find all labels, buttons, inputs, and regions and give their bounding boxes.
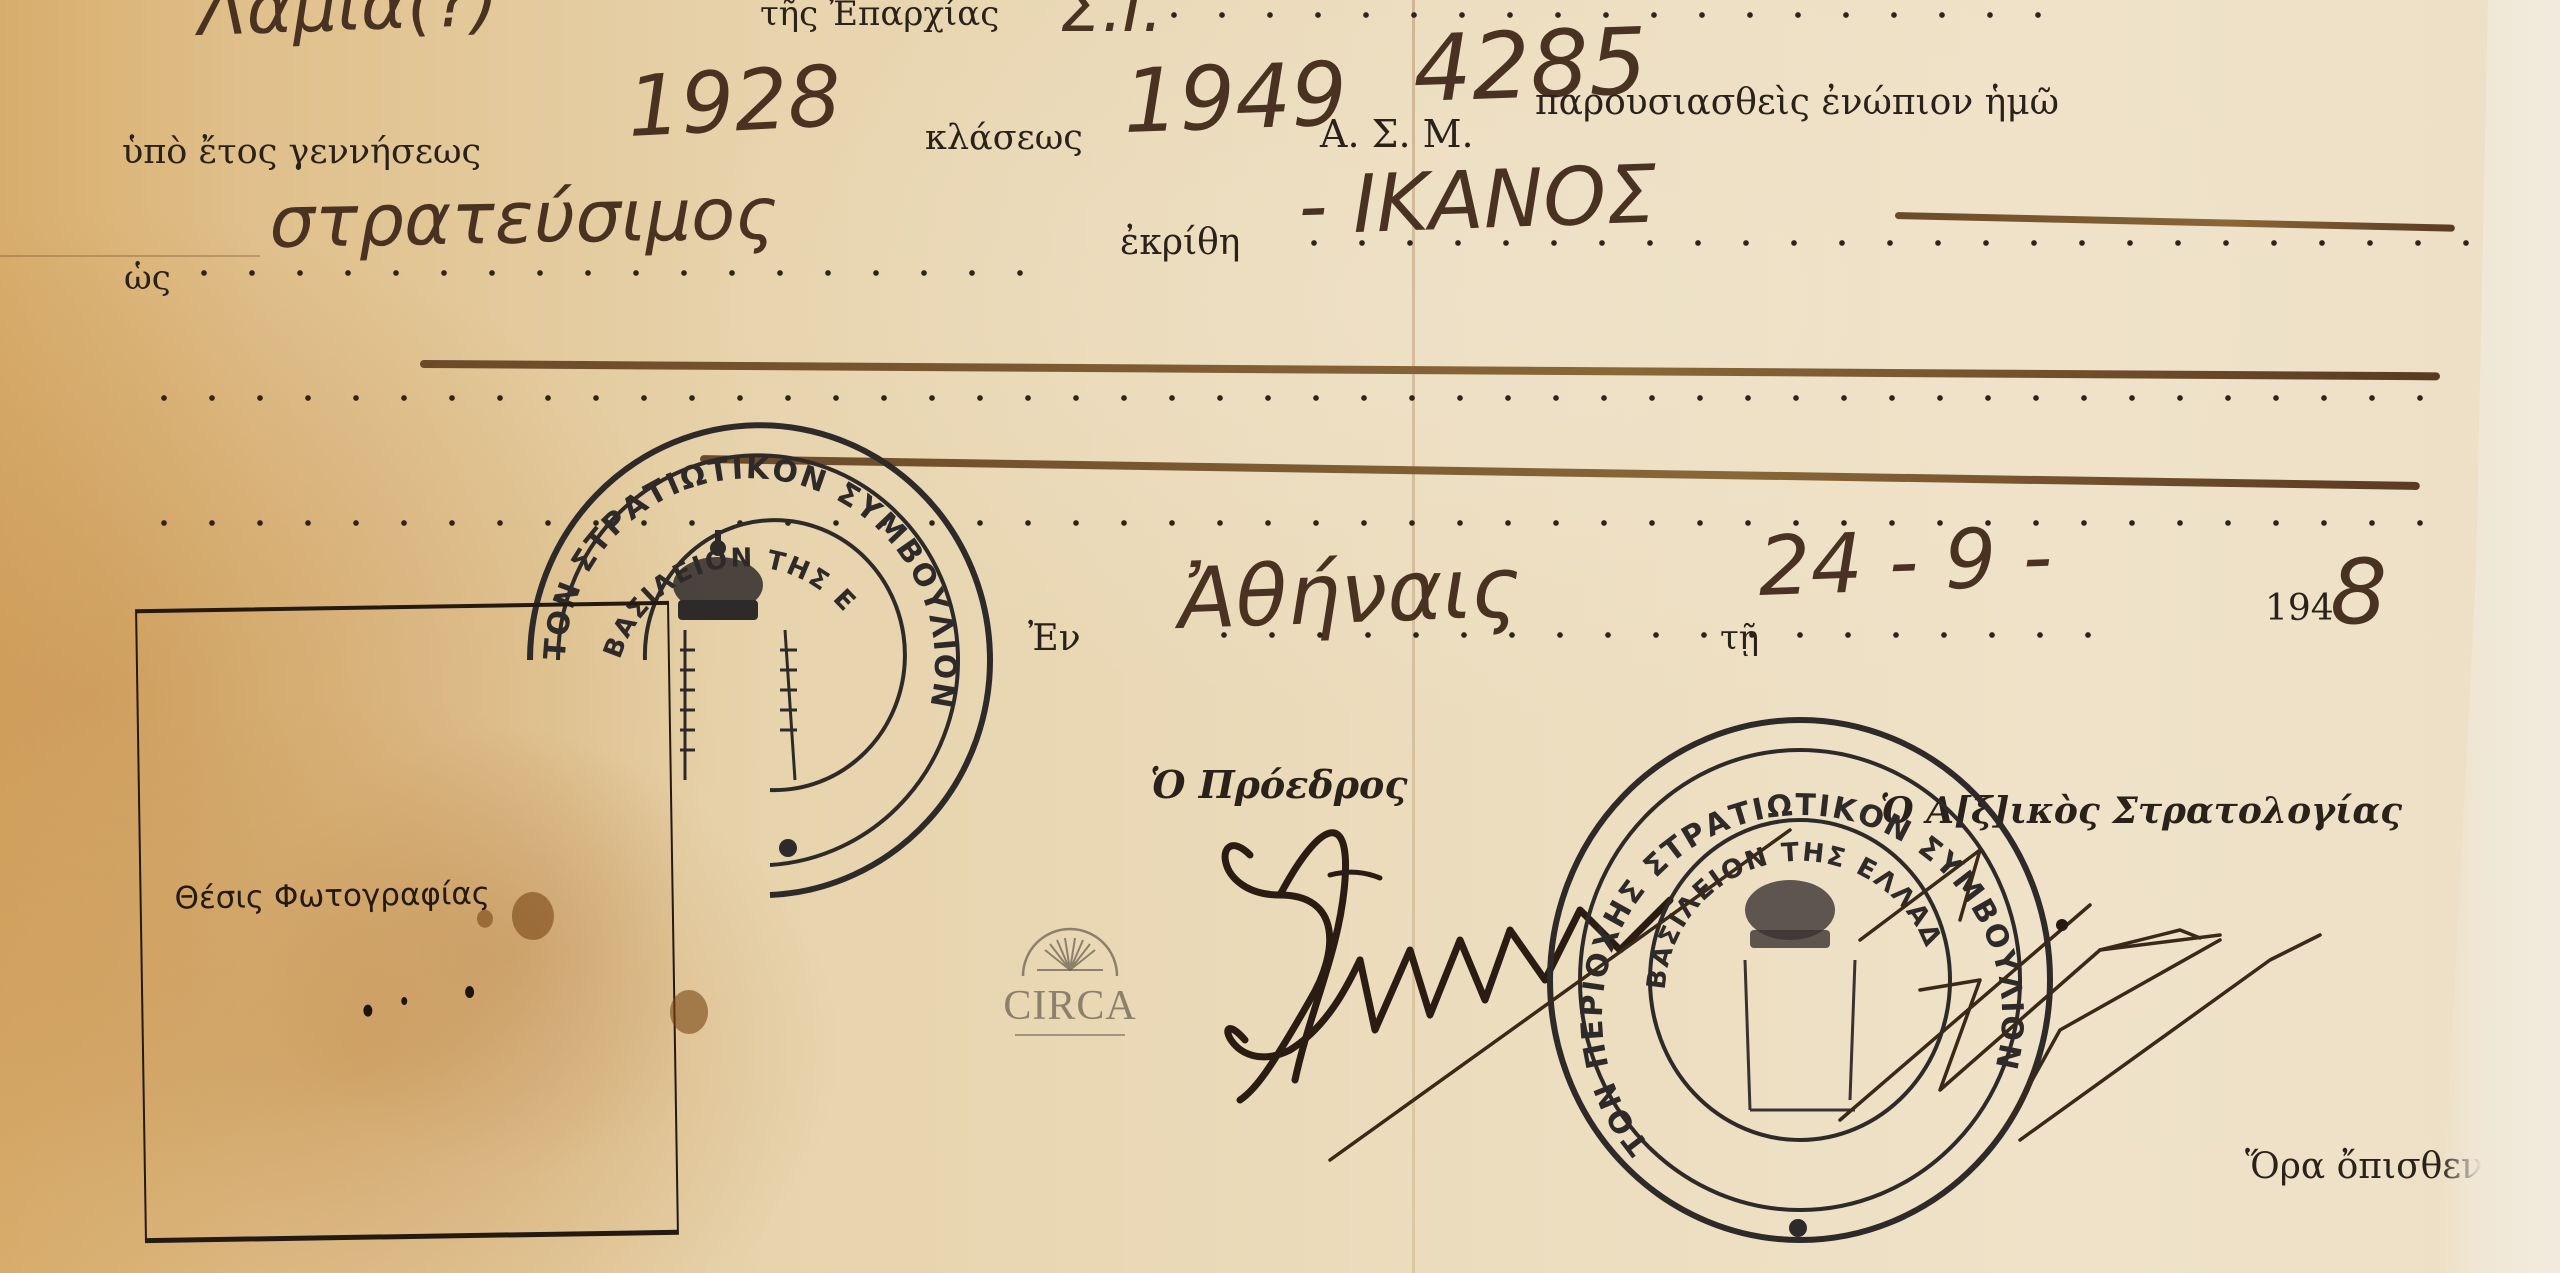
label-eparchia: τῆς Ἐπαρχίας [760,0,999,34]
handwritten-year-digit: 8 [2330,540,2387,645]
label-judged: ἐκρίθη [1120,222,1240,263]
label-class: κλάσεως [925,118,1083,158]
ink-stain-small [477,910,493,928]
label-as: ὡς [124,258,171,298]
label-presented: παρουσιασθεὶς ἐνώπιον ἡμῶ [1535,82,2059,123]
label-en: Ἐν [1028,618,1081,659]
photo-placeholder-box: Θέσις Φωτογραφίας [135,601,679,1243]
handwritten-as-value: στρατεύσιμος [269,171,779,264]
open-book-icon [1015,920,1125,978]
ink-stain-outside [670,990,708,1034]
dotted-leader-date [1200,632,2100,638]
label-day: τῇ [1720,618,1759,658]
handwritten-date: 24 - 9 - [1757,510,2054,615]
judged-value: - ΙΚΑΝΟΣ [1297,148,1658,253]
fold-crease-horizontal [0,255,260,257]
watermark-rule [1015,1034,1125,1036]
printed-year-prefix: 194 [2265,588,2334,629]
circa-watermark: CIRCA [985,920,1155,1036]
dotted-leader-line3b [1290,240,2490,246]
watermark-text: CIRCA [985,982,1155,1030]
dotted-leader-line3a [180,270,1040,276]
photo-box-label: Θέσις Φωτογραφίας [174,876,490,917]
staple-hole [363,1005,372,1017]
handwritten-province: Σ.Ι. [1060,0,1163,47]
staple-hole [401,997,407,1005]
birth-year-value: 1928 [625,47,844,156]
ink-stain [512,892,555,941]
officer-signature [1320,820,2520,1180]
label-birth-year: ὑπὸ ἔτος γεννήσεως [122,132,481,172]
staple-hole [465,986,474,998]
class-year-value: 1949 [1121,42,1348,153]
